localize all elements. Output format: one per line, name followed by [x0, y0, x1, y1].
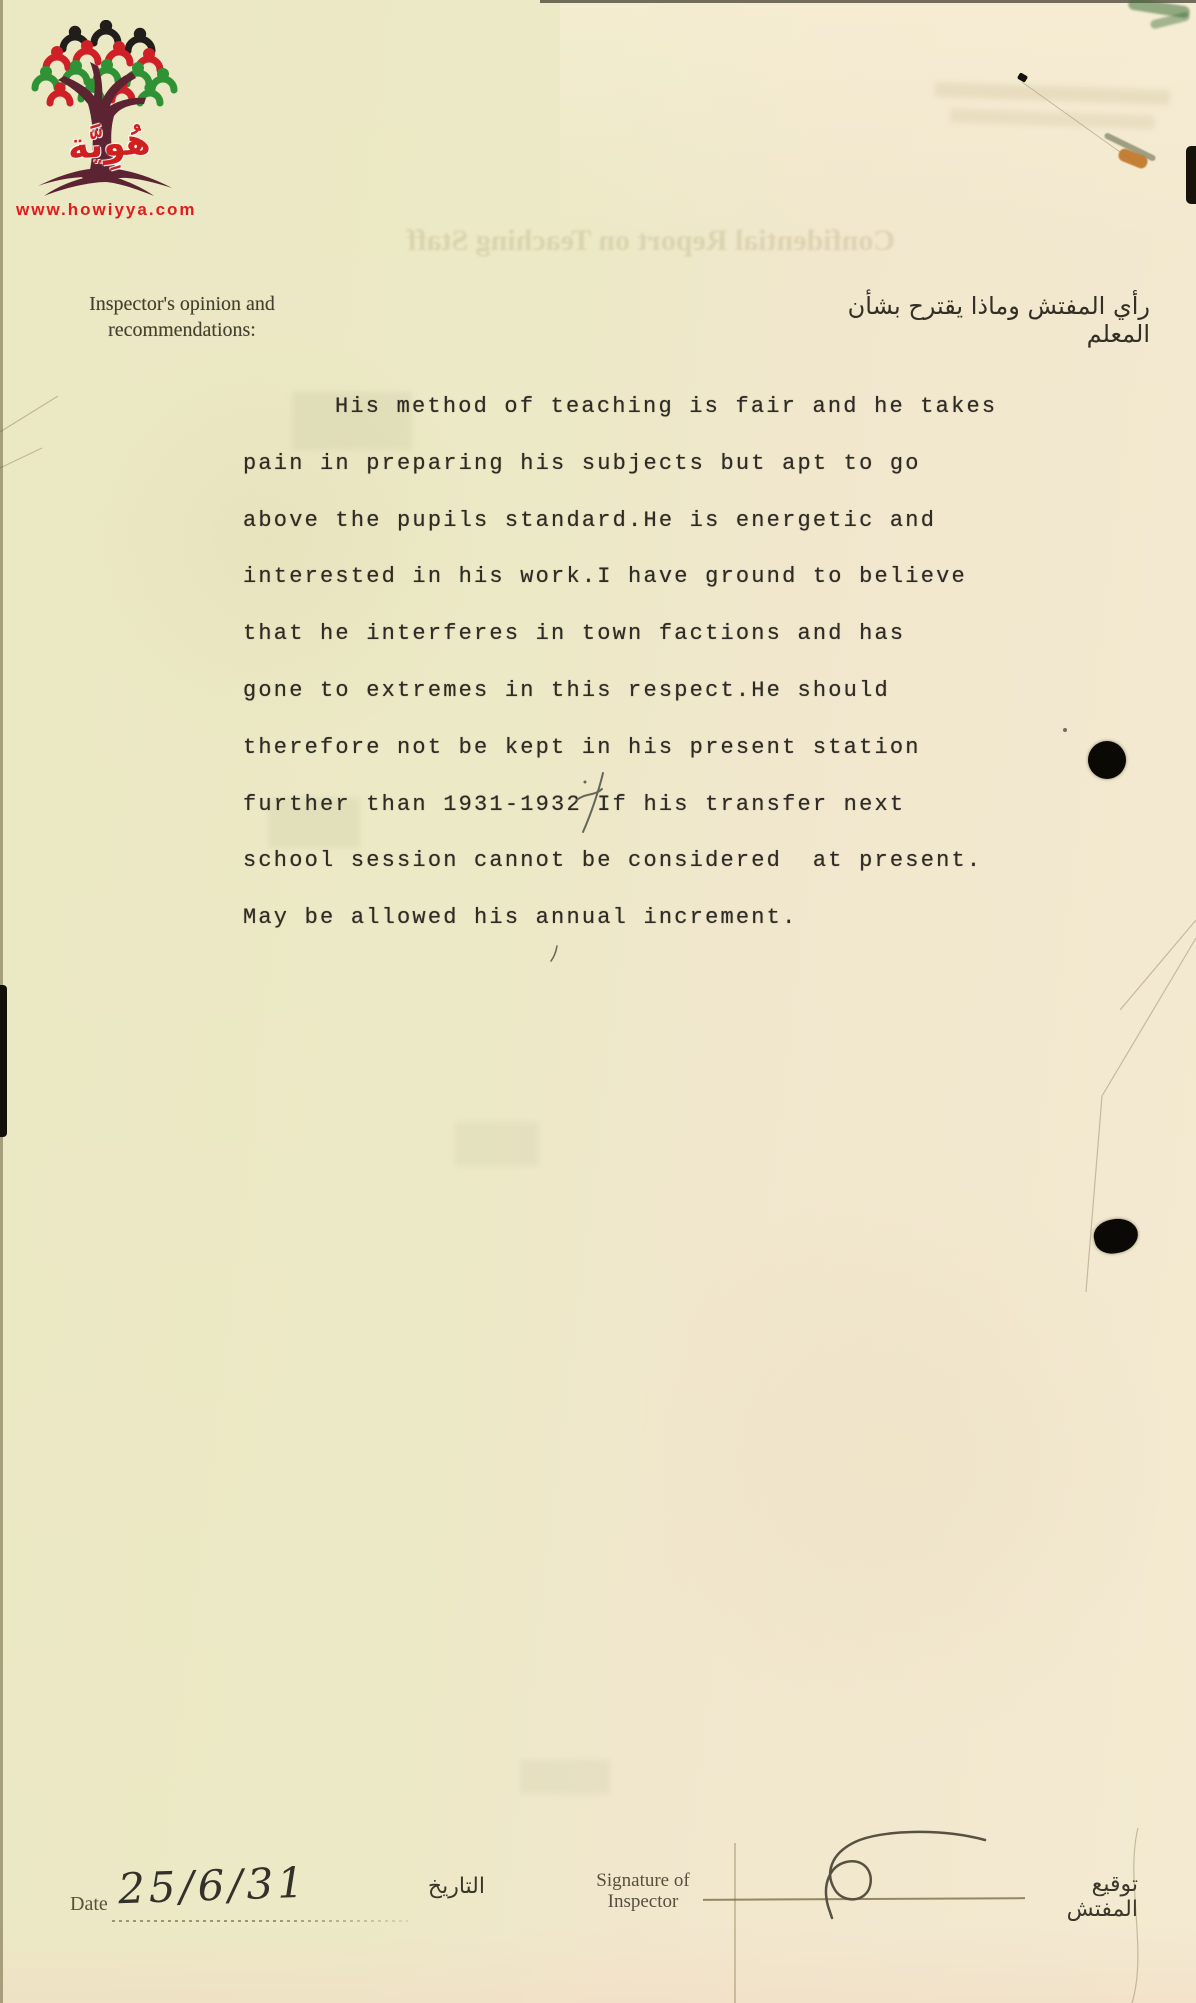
- report-line: that he interferes in town factions and …: [243, 621, 1033, 678]
- report-line: therefore not be kept in his present sta…: [243, 735, 1033, 792]
- report-line: further than 1931-1932 If his transfer n…: [243, 792, 1033, 849]
- scan-edge: [1186, 146, 1196, 204]
- inspector-opinion-label-line2: recommendations:: [56, 317, 308, 343]
- paper-shading: [0, 1925, 1196, 2003]
- signature-line: [703, 1897, 1025, 1900]
- report-line: His method of teaching is fair and he ta…: [243, 394, 1033, 451]
- report-line: school session cannot be considered at p…: [243, 848, 1033, 905]
- inspector-opinion-label-arabic: رأي المفتش وماذا يقترح بشأن المعلم: [830, 292, 1150, 348]
- signature-of-label-line2: Inspector: [576, 1891, 710, 1912]
- pencil-smudge: [455, 1122, 539, 1166]
- inspector-opinion-label-line1: Inspector's opinion and: [56, 291, 308, 317]
- logo-brand-arabic: هُوِيَّة: [63, 121, 156, 168]
- signature-of-label-line1: Signature of: [576, 1870, 710, 1891]
- inspector-opinion-label: Inspector's opinion and recommendations:: [56, 291, 308, 343]
- report-line: above the pupils standard.He is energeti…: [243, 508, 1033, 565]
- inspector-signature: [826, 1832, 985, 1918]
- logo-site-url: www.howiyya.com: [16, 200, 196, 220]
- tree-of-people-icon: [30, 20, 180, 200]
- date-label-arabic: التاريخ: [405, 1874, 485, 1899]
- report-line: May be allowed his annual increment.: [243, 905, 1033, 962]
- date-dotted-line: [112, 1920, 408, 1922]
- report-line: interested in his work.I have ground to …: [243, 564, 1033, 621]
- bleedthrough-smudge: [935, 82, 1170, 105]
- paper-shading: [560, 0, 1196, 240]
- signature-label-arabic: توقيع المفتش: [1026, 1872, 1138, 1922]
- ink-speck: [1063, 728, 1067, 732]
- ink-speck: [1017, 72, 1028, 83]
- signature-of-label: Signature of Inspector: [576, 1870, 710, 1912]
- pencil-smudge: [520, 1760, 610, 1794]
- punch-hole-bottom: [1091, 1215, 1141, 1257]
- date-label: Date: [70, 1893, 108, 1916]
- report-line: pain in preparing his subjects but apt t…: [243, 451, 1033, 508]
- paper-shading: [640, 1150, 1160, 1770]
- bleedthrough-title: Confidential Report on Teaching Staff: [265, 224, 895, 258]
- scratch-mark: [1022, 82, 1134, 162]
- bleedthrough-smudge: [950, 108, 1155, 129]
- scan-edge: [540, 0, 1196, 3]
- date-value-handwritten: 25/6/31: [117, 1858, 309, 1914]
- scan-edge: [0, 985, 7, 1137]
- report-line: gone to extremes in this respect.He shou…: [243, 678, 1033, 735]
- punch-hole-top: [1088, 741, 1126, 779]
- scanned-report-page: Confidential Report on Teaching Staff: [0, 0, 1196, 2003]
- report-text: His method of teaching is fair and he ta…: [243, 394, 1033, 962]
